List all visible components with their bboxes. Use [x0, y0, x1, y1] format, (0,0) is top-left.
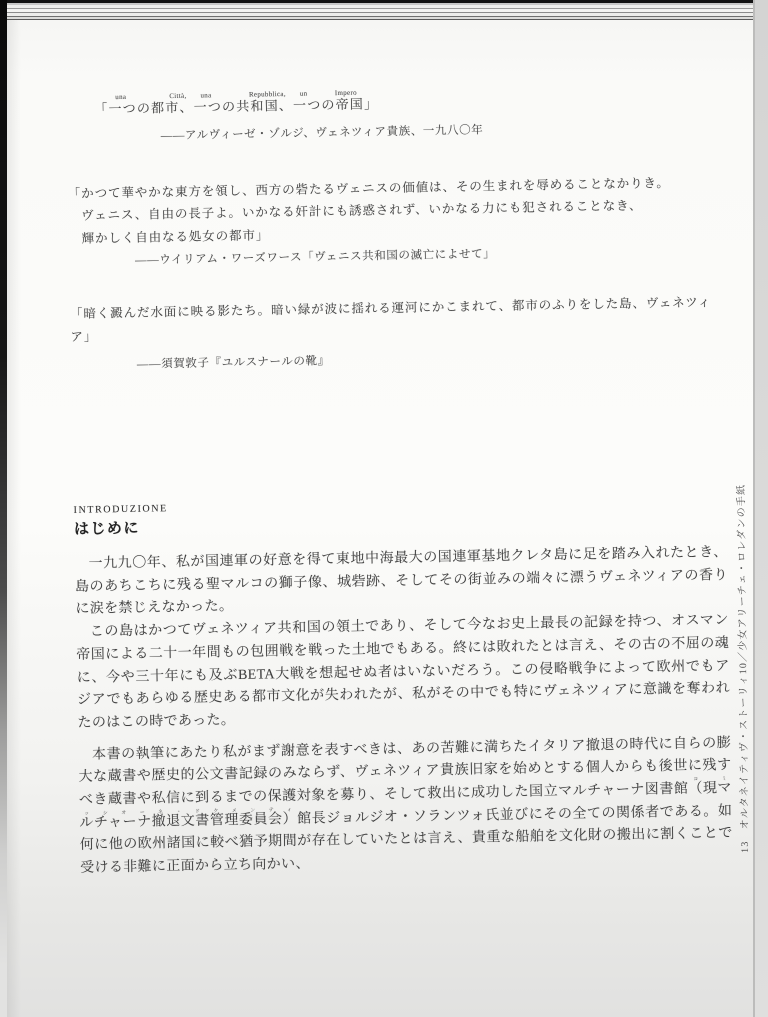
bracket-open: 「	[94, 101, 108, 116]
ruby-una-citta: 一つの都市、una Città,	[108, 100, 193, 117]
section-heading: INTRODUZIONE はじめに	[74, 493, 728, 539]
epigraph-zorzi: 「一つの都市、una Città,一つの共和国、una Repubblica,一…	[94, 82, 720, 144]
epigraph-wordsworth-quote: 「かつて華やかな東方を領し、西方の砦たるヴェニスの価値は、その生まれを辱めること…	[68, 171, 722, 250]
ruby-text: una Città,	[108, 92, 193, 102]
bracket-close: 」	[364, 96, 378, 111]
epigraph-suga-attribution: ――須賀敦子『ユルスナールの靴』	[137, 345, 724, 372]
ruby-un-impero: 一つの帝国un Impero	[293, 97, 364, 113]
ruby-base: 一つの共和国、	[194, 98, 294, 115]
ruby-text: un Impero	[293, 89, 364, 98]
ruby-base: 一つの帝国	[293, 97, 364, 113]
paragraph-segment: 本書の執筆にあたり私がまず謝意を表すべきは、あの苦難に満ちたイタリア撤退の時代に…	[78, 736, 731, 808]
book-page-edges-top	[0, 0, 754, 20]
book-cover-edge-left	[0, 0, 7, 1017]
book-photo: 「一つの都市、una Città,一つの共和国、una Repubblica,一…	[0, 0, 768, 1017]
running-title-and-page-number: 13 オルタネイティヴ・ストーリィ10／少女アリーチェ・ロレダンの手紙	[732, 484, 751, 853]
epigraph-wordsworth: 「かつて華やかな東方を領し、西方の砦たるヴェニスの価値は、その生まれを辱めること…	[68, 171, 722, 269]
epigraph-zorzi-attribution: ――アルヴィーゼ・ゾルジ、ヴェネツィア貴族、一九八〇年	[161, 117, 720, 143]
facing-page-shadow-right	[753, 0, 768, 1017]
epigraph-suga-quote: 「暗く澱んだ水面に映る影たち。暗い緑が波に揺れる運河にかこまれて、都市のふりをし…	[70, 291, 724, 348]
paragraph-crete: 一九九〇年、私が国連軍の好意を得て東地中海最大の国連軍基地クレタ島に足を踏み入れ…	[74, 542, 728, 622]
paragraph-acknowledgements: 本書の執筆にあたり私がまず謝意を表すべきは、あの苦難に満ちたイタリア撤退の時代に…	[78, 733, 733, 881]
body-text: 一九九〇年、私が国連軍の好意を得て東地中海最大の国連軍基地クレタ島に足を踏み入れ…	[74, 542, 733, 881]
ruby-base: 一つの都市、	[108, 100, 193, 117]
epigraph-zorzi-quote: 「一つの都市、una Città,一つの共和国、una Repubblica,一…	[94, 82, 719, 121]
ruby-una-repubblica: 一つの共和国、una Repubblica,	[194, 98, 294, 115]
page-content: 「一つの都市、una Città,一つの共和国、una Repubblica,一…	[66, 82, 733, 881]
epigraph-suga: 「暗く澱んだ水面に映る影たち。暗い緑が波に揺れる運河にかこまれて、都市のふりをし…	[70, 291, 724, 373]
book-page: 「一つの都市、una Città,一つの共和国、una Repubblica,一…	[7, 20, 753, 1017]
paragraph-siege-beta: この島はかつてヴェネツィア共和国の領土であり、そして今なお史上最長の記録を持つ、…	[76, 610, 731, 735]
